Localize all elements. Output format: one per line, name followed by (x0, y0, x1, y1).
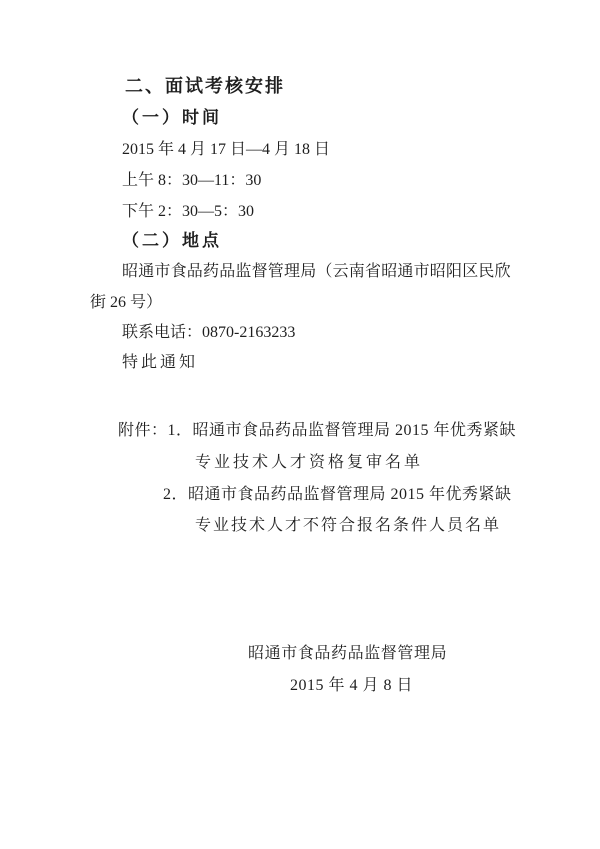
afternoon-hours-line: 下午 2：30—5：30 (122, 202, 254, 222)
signature-issuer: 昭通市食品药品监督管理局 (248, 644, 447, 664)
subsection-heading-time: （一）时间 (122, 108, 222, 128)
attachment-2-line-1: 昭通市食品药品监督管理局 2015 年优秀紧缺 (188, 486, 512, 503)
phone-line: 联系电话：0870-2163233 (122, 323, 295, 343)
signature-date: 2015 年 4 月 8 日 (290, 676, 413, 696)
attachment-1-number: 1． (168, 422, 193, 439)
closing-line: 特此通知 (122, 353, 198, 373)
attachment-1-line-1: 昭通市食品药品监督管理局 2015 年优秀紧缺 (193, 422, 517, 439)
date-range-line: 2015 年 4 月 17 日—4 月 18 日 (122, 140, 330, 160)
attachment-2-line-2: 专业技术人才不符合报名条件人员名单 (195, 516, 501, 536)
document-page: 二、面试考核安排 （一）时间 2015 年 4 月 17 日—4 月 18 日 … (0, 0, 600, 849)
attachment-2-number: 2． (163, 486, 188, 503)
address-line-1: 昭通市食品药品监督管理局（云南省昭通市昭阳区民欣 (122, 262, 511, 282)
subsection-heading-location: （二）地点 (122, 231, 222, 251)
section-heading: 二、面试考核安排 (125, 76, 285, 96)
attachment-label: 附件： (118, 422, 168, 439)
address-line-2: 街 26 号） (90, 293, 162, 313)
attachment-1-first-line: 附件：1．昭通市食品药品监督管理局 2015 年优秀紧缺 (118, 421, 516, 441)
attachment-1-line-2: 专业技术人才资格复审名单 (195, 453, 423, 473)
attachment-2-first-line: 2．昭通市食品药品监督管理局 2015 年优秀紧缺 (163, 485, 512, 505)
morning-hours-line: 上午 8：30—11：30 (122, 171, 261, 191)
